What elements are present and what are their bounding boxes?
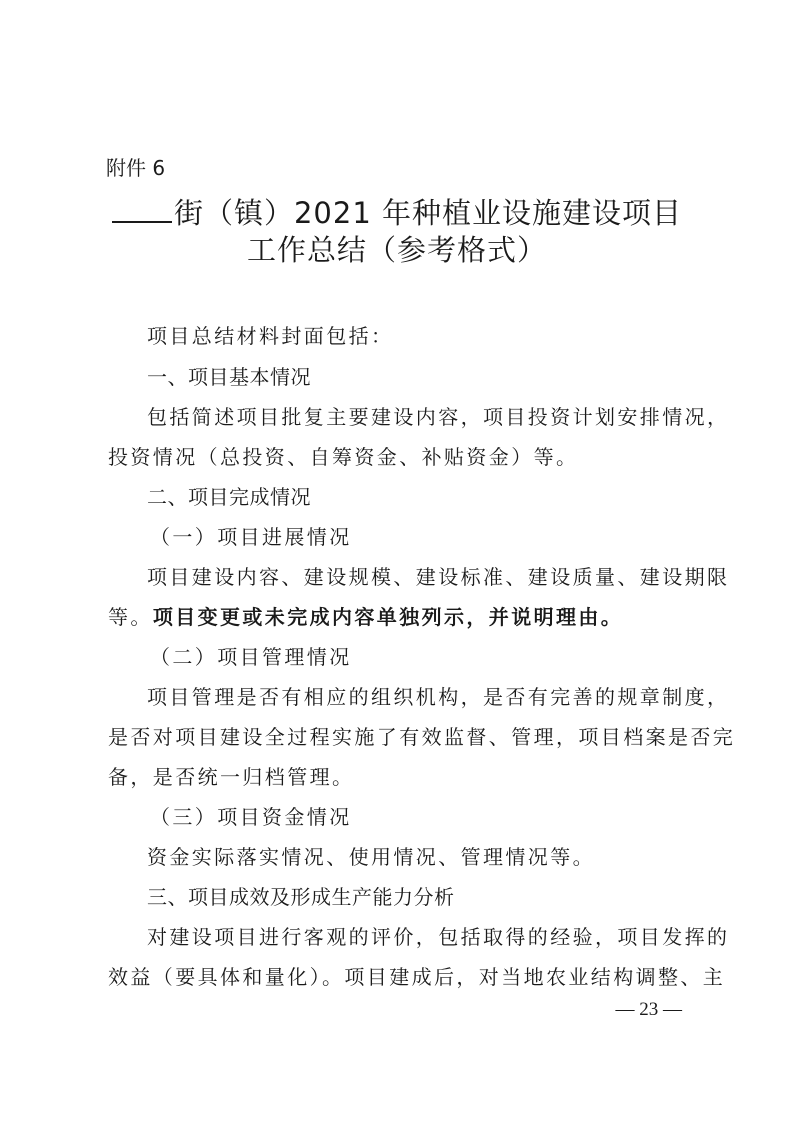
- intro-text: 项目总结材料封面包括：: [147, 320, 393, 349]
- title-line-1-text: 街（镇）2021 年种植业设施建设项目: [174, 196, 682, 230]
- subsection-2-2-para-line-1: 项目管理是否有相应的组织机构，是否有完善的规章制度，: [147, 681, 729, 710]
- para-bold-emphasis: 项目变更或未完成内容单独列示，并说明理由。: [153, 605, 623, 629]
- page-number: — 23 —: [616, 999, 683, 1021]
- subsection-2-3-heading: （三）项目资金情况: [150, 801, 352, 830]
- section-1-para-line-2: 投资情况（总投资、自筹资金、补贴资金）等。: [108, 441, 578, 470]
- subsection-2-2-heading: （二）项目管理情况: [150, 641, 352, 670]
- subsection-2-1-para-line-2: 等。项目变更或未完成内容单独列示，并说明理由。: [108, 601, 623, 630]
- document-title-line-1: 街（镇）2021 年种植业设施建设项目: [0, 191, 794, 232]
- subsection-2-1-para-line-1: 项目建设内容、建设规模、建设标准、建设质量、建设期限: [147, 561, 729, 590]
- section-2-heading: 二、项目完成情况: [147, 481, 311, 510]
- attachment-label: 附件 6: [106, 152, 165, 181]
- subsection-2-3-para-line-1: 资金实际落实情况、使用情况、管理情况等。: [147, 841, 595, 870]
- document-title-line-2: 工作总结（参考格式）: [0, 228, 794, 269]
- subsection-2-1-heading: （一）项目进展情况: [150, 521, 352, 550]
- title-blank-underline: [112, 197, 172, 223]
- section-3-para-line-1: 对建设项目进行客观的评价，包括取得的经验，项目发挥的: [147, 921, 729, 950]
- para-normal-text: 等。: [108, 605, 153, 629]
- section-3-heading: 三、项目成效及形成生产能力分析: [147, 881, 455, 910]
- section-3-para-line-2: 效益（要具体和量化）。项目建成后，对当地农业结构调整、主: [108, 961, 725, 990]
- subsection-2-2-para-line-3: 备，是否统一归档管理。: [108, 761, 354, 790]
- section-1-heading: 一、项目基本情况: [147, 361, 311, 390]
- subsection-2-2-para-line-2: 是否对项目建设全过程实施了有效监督、管理，项目档案是否完: [108, 721, 735, 750]
- section-1-para-line-1: 包括简述项目批复主要建设内容，项目投资计划安排情况，: [147, 401, 729, 430]
